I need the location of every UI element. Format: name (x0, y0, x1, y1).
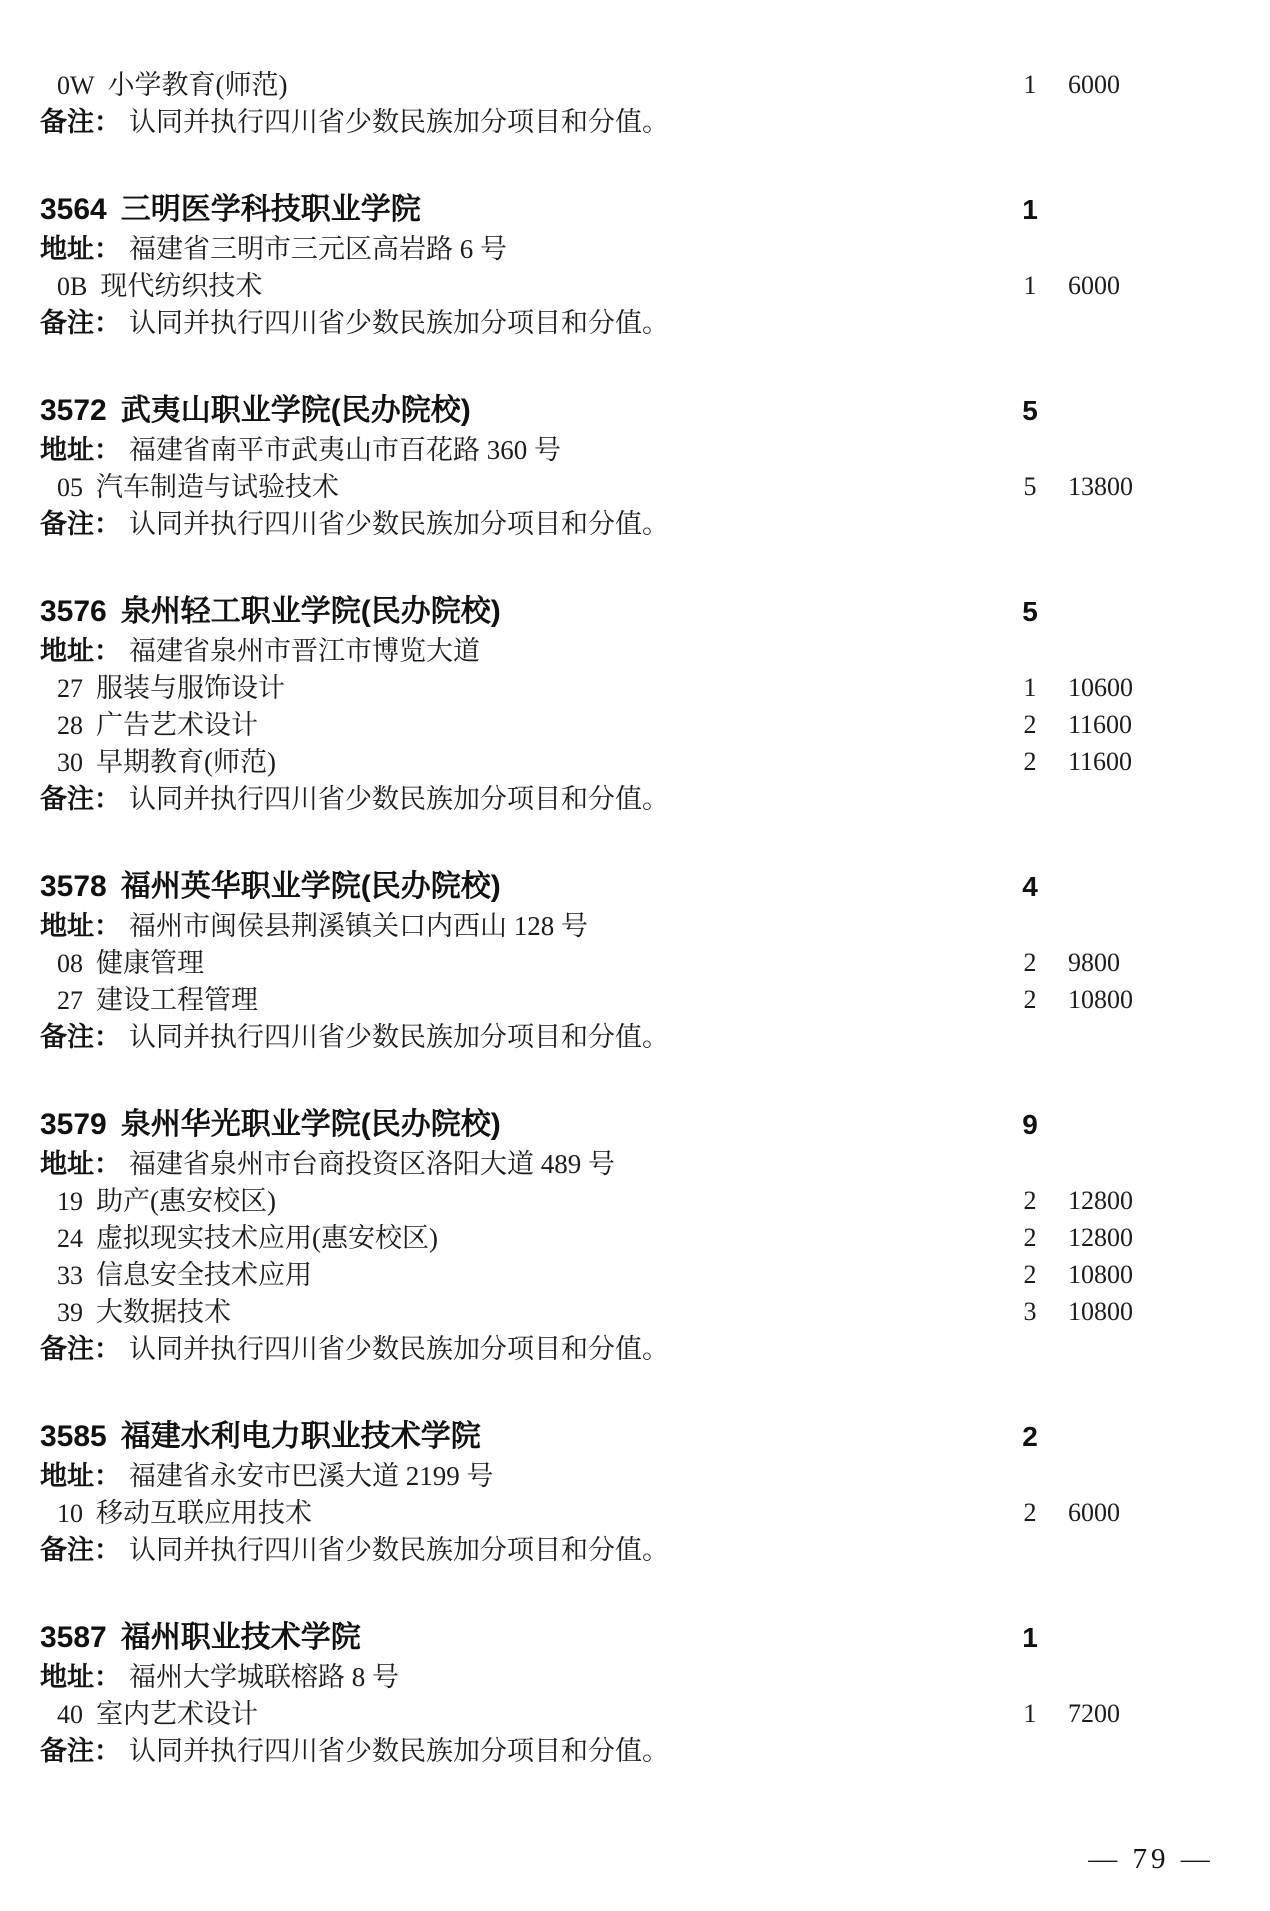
note-text: 认同并执行四川省少数民族加分项目和分值。 (129, 1736, 669, 1766)
note-row: 备注：认同并执行四川省少数民族加分项目和分值。 (40, 507, 1230, 544)
major-fee: 10600 (1068, 671, 1133, 705)
section-continued: 0W小学教育(师范)16000备注：认同并执行四川省少数民族加分项目和分值。 (40, 68, 1230, 142)
college-name: 泉州轻工职业学院(民办院校) (121, 595, 501, 628)
section-3572: 3572武夷山职业学院(民办院校)5地址：福建省南平市武夷山市百花路 360 号… (40, 393, 1230, 544)
major-row: 10移动互联应用技术26000 (40, 1496, 1230, 1533)
major-fee: 11600 (1068, 745, 1132, 779)
major-code: 30 (57, 748, 83, 777)
major-fee: 6000 (1068, 269, 1120, 303)
address-row: 地址：福建省南平市武夷山市百花路 360 号 (40, 433, 1230, 470)
major-name: 早期教育(师范) (96, 747, 276, 777)
note-label: 备注： (40, 107, 121, 137)
section-header: 3576泉州轻工职业学院(民办院校)5 (40, 594, 1230, 634)
major-row: 19助产(惠安校区)212800 (40, 1184, 1230, 1221)
college-code: 3564 (40, 193, 107, 226)
address-label: 地址： (40, 435, 121, 465)
page-number: — 79 — (1040, 1843, 1262, 1876)
address-label: 地址： (40, 1149, 121, 1179)
college-name: 三明医学科技职业学院 (121, 193, 421, 226)
major-name: 广告艺术设计 (96, 710, 258, 740)
major-name: 信息安全技术应用 (96, 1260, 312, 1290)
note-text: 认同并执行四川省少数民族加分项目和分值。 (129, 1334, 669, 1364)
major-fee: 9800 (1068, 946, 1120, 980)
major-name: 服装与服饰设计 (96, 673, 285, 703)
major-row: 39大数据技术310800 (40, 1295, 1230, 1332)
major-fee: 10800 (1068, 1258, 1133, 1292)
college-code: 3587 (40, 1621, 107, 1654)
major-fee: 12800 (1068, 1184, 1133, 1218)
address-row: 地址：福建省泉州市晋江市博览大道 (40, 634, 1230, 671)
note-text: 认同并执行四川省少数民族加分项目和分值。 (129, 308, 669, 338)
major-row: 0W小学教育(师范)16000 (40, 68, 1230, 105)
note-row: 备注：认同并执行四川省少数民族加分项目和分值。 (40, 1734, 1230, 1771)
note-label: 备注： (40, 1535, 121, 1565)
major-count: 2 (1008, 1258, 1052, 1292)
major-fee: 13800 (1068, 470, 1133, 504)
major-fee: 12800 (1068, 1221, 1133, 1255)
college-total-count: 5 (1008, 393, 1052, 429)
college-code: 3576 (40, 595, 107, 628)
note-label: 备注： (40, 1736, 121, 1766)
major-name: 健康管理 (96, 948, 204, 978)
major-count: 2 (1008, 1496, 1052, 1530)
college-code: 3585 (40, 1420, 107, 1453)
college-total-count: 5 (1008, 594, 1052, 630)
address-value: 福建省泉州市台商投资区洛阳大道 489 号 (129, 1149, 615, 1179)
major-count: 1 (1008, 68, 1052, 102)
major-count: 5 (1008, 470, 1052, 504)
note-row: 备注：认同并执行四川省少数民族加分项目和分值。 (40, 1332, 1230, 1369)
college-name: 福州职业技术学院 (121, 1621, 361, 1654)
major-name: 助产(惠安校区) (96, 1186, 276, 1216)
address-value: 福建省永安市巴溪大道 2199 号 (129, 1461, 494, 1491)
major-code: 08 (57, 949, 83, 978)
note-text: 认同并执行四川省少数民族加分项目和分值。 (129, 1535, 669, 1565)
major-code: 05 (57, 473, 83, 502)
admissions-list: 0W小学教育(师范)16000备注：认同并执行四川省少数民族加分项目和分值。35… (40, 68, 1230, 1771)
major-row: 27建设工程管理210800 (40, 983, 1230, 1020)
major-code: 0B (57, 272, 87, 301)
note-label: 备注： (40, 509, 121, 539)
major-name: 小学教育(师范) (108, 70, 288, 100)
college-code: 3579 (40, 1108, 107, 1141)
major-count: 2 (1008, 983, 1052, 1017)
college-name: 武夷山职业学院(民办院校) (121, 394, 471, 427)
address-row: 地址：福建省三明市三元区高岩路 6 号 (40, 232, 1230, 269)
major-name: 汽车制造与试验技术 (96, 472, 339, 502)
note-text: 认同并执行四川省少数民族加分项目和分值。 (129, 509, 669, 539)
major-row: 33信息安全技术应用210800 (40, 1258, 1230, 1295)
major-count: 2 (1008, 1184, 1052, 1218)
note-row: 备注：认同并执行四川省少数民族加分项目和分值。 (40, 1533, 1230, 1570)
note-text: 认同并执行四川省少数民族加分项目和分值。 (129, 107, 669, 137)
note-row: 备注：认同并执行四川省少数民族加分项目和分值。 (40, 306, 1230, 343)
major-fee: 6000 (1068, 68, 1120, 102)
address-label: 地址： (40, 636, 121, 666)
major-row: 24虚拟现实技术应用(惠安校区)212800 (40, 1221, 1230, 1258)
major-fee: 10800 (1068, 1295, 1133, 1329)
address-row: 地址：福建省永安市巴溪大道 2199 号 (40, 1459, 1230, 1496)
address-row: 地址：福州市闽侯县荆溪镇关口内西山 128 号 (40, 909, 1230, 946)
major-count: 2 (1008, 745, 1052, 779)
address-row: 地址：福建省泉州市台商投资区洛阳大道 489 号 (40, 1147, 1230, 1184)
major-count: 2 (1008, 1221, 1052, 1255)
major-fee: 10800 (1068, 983, 1133, 1017)
major-fee: 7200 (1068, 1697, 1120, 1731)
note-text: 认同并执行四川省少数民族加分项目和分值。 (129, 784, 669, 814)
section-3578: 3578福州英华职业学院(民办院校)4地址：福州市闽侯县荆溪镇关口内西山 128… (40, 869, 1230, 1057)
major-row: 40室内艺术设计17200 (40, 1697, 1230, 1734)
college-total-count: 1 (1008, 1620, 1052, 1656)
address-label: 地址： (40, 234, 121, 264)
college-name: 泉州华光职业学院(民办院校) (121, 1108, 501, 1141)
major-count: 1 (1008, 671, 1052, 705)
major-count: 2 (1008, 946, 1052, 980)
address-value: 福建省南平市武夷山市百花路 360 号 (129, 435, 561, 465)
note-label: 备注： (40, 308, 121, 338)
major-code: 33 (57, 1261, 83, 1290)
section-header: 3579泉州华光职业学院(民办院校)9 (40, 1107, 1230, 1147)
section-header: 3572武夷山职业学院(民办院校)5 (40, 393, 1230, 433)
address-label: 地址： (40, 911, 121, 941)
major-row: 05汽车制造与试验技术513800 (40, 470, 1230, 507)
section-3576: 3576泉州轻工职业学院(民办院校)5地址：福建省泉州市晋江市博览大道27服装与… (40, 594, 1230, 819)
major-row: 0B现代纺织技术16000 (40, 269, 1230, 306)
college-code: 3572 (40, 394, 107, 427)
major-name: 室内艺术设计 (96, 1699, 258, 1729)
section-header: 3564三明医学科技职业学院1 (40, 192, 1230, 232)
major-row: 28广告艺术设计211600 (40, 708, 1230, 745)
note-row: 备注：认同并执行四川省少数民族加分项目和分值。 (40, 782, 1230, 819)
major-row: 08健康管理29800 (40, 946, 1230, 983)
note-text: 认同并执行四川省少数民族加分项目和分值。 (129, 1022, 669, 1052)
note-row: 备注：认同并执行四川省少数民族加分项目和分值。 (40, 105, 1230, 142)
major-name: 虚拟现实技术应用(惠安校区) (96, 1223, 438, 1253)
address-label: 地址： (40, 1662, 121, 1692)
major-code: 40 (57, 1700, 83, 1729)
major-code: 19 (57, 1187, 83, 1216)
major-name: 现代纺织技术 (100, 271, 262, 301)
major-code: 28 (57, 711, 83, 740)
section-header: 3587福州职业技术学院1 (40, 1620, 1230, 1660)
college-total-count: 9 (1008, 1107, 1052, 1143)
section-header: 3578福州英华职业学院(民办院校)4 (40, 869, 1230, 909)
major-name: 建设工程管理 (96, 985, 258, 1015)
major-fee: 6000 (1068, 1496, 1120, 1530)
college-name: 福州英华职业学院(民办院校) (121, 870, 501, 903)
section-3579: 3579泉州华光职业学院(民办院校)9地址：福建省泉州市台商投资区洛阳大道 48… (40, 1107, 1230, 1369)
major-code: 10 (57, 1499, 83, 1528)
section-3585: 3585福建水利电力职业技术学院2地址：福建省永安市巴溪大道 2199 号10移… (40, 1419, 1230, 1570)
major-count: 1 (1008, 1697, 1052, 1731)
major-count: 1 (1008, 269, 1052, 303)
address-value: 福州大学城联榕路 8 号 (129, 1662, 399, 1692)
section-3587: 3587福州职业技术学院1地址：福州大学城联榕路 8 号40室内艺术设计1720… (40, 1620, 1230, 1771)
major-code: 24 (57, 1224, 83, 1253)
document-page: 0W小学教育(师范)16000备注：认同并执行四川省少数民族加分项目和分值。35… (0, 0, 1270, 1911)
section-header: 3585福建水利电力职业技术学院2 (40, 1419, 1230, 1459)
address-value: 福州市闽侯县荆溪镇关口内西山 128 号 (129, 911, 588, 941)
major-name: 移动互联应用技术 (96, 1498, 312, 1528)
note-label: 备注： (40, 784, 121, 814)
address-label: 地址： (40, 1461, 121, 1491)
section-3564: 3564三明医学科技职业学院1地址：福建省三明市三元区高岩路 6 号0B现代纺织… (40, 192, 1230, 343)
major-count: 2 (1008, 708, 1052, 742)
college-total-count: 1 (1008, 192, 1052, 228)
major-code: 27 (57, 674, 83, 703)
note-label: 备注： (40, 1334, 121, 1364)
address-value: 福建省泉州市晋江市博览大道 (129, 636, 480, 666)
major-row: 30早期教育(师范)211600 (40, 745, 1230, 782)
college-code: 3578 (40, 870, 107, 903)
major-name: 大数据技术 (96, 1297, 231, 1327)
address-value: 福建省三明市三元区高岩路 6 号 (129, 234, 507, 264)
note-row: 备注：认同并执行四川省少数民族加分项目和分值。 (40, 1020, 1230, 1057)
major-code: 0W (57, 71, 95, 100)
college-total-count: 2 (1008, 1419, 1052, 1455)
major-code: 39 (57, 1298, 83, 1327)
college-name: 福建水利电力职业技术学院 (121, 1420, 481, 1453)
major-fee: 11600 (1068, 708, 1132, 742)
address-row: 地址：福州大学城联榕路 8 号 (40, 1660, 1230, 1697)
major-count: 3 (1008, 1295, 1052, 1329)
major-row: 27服装与服饰设计110600 (40, 671, 1230, 708)
note-label: 备注： (40, 1022, 121, 1052)
major-code: 27 (57, 986, 83, 1015)
college-total-count: 4 (1008, 869, 1052, 905)
